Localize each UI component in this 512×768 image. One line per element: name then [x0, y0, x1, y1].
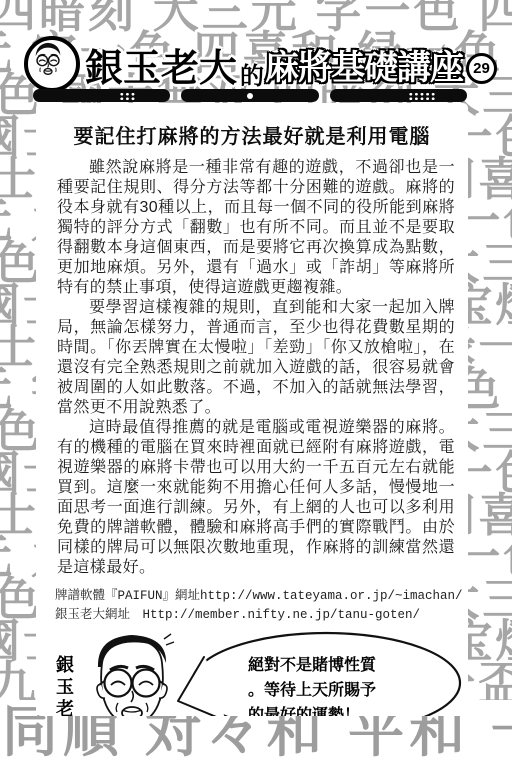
speech-line: 。等待上天所賜予 — [248, 678, 404, 703]
paifun-url-line: 牌譜軟體『PAIFUN』網址http://www.tateyama.or.jp/… — [55, 587, 464, 606]
divider-bar — [33, 89, 170, 102]
episode-number-badge: 29 — [466, 53, 497, 84]
series-subtitle: 麻將基礎講座 — [265, 40, 463, 89]
divider-bar — [330, 89, 467, 102]
paragraph: 這時最值得推薦的就是電腦或電視遊樂器的麻將。有的機種的電腦在買來時裡面就已經附有… — [57, 418, 455, 578]
speech-line: 絕對不是賭博性質 — [248, 653, 404, 678]
divider-bar — [181, 89, 318, 102]
paragraph: 要學習這樣複雜的規則，直到能和大家一起加入牌局，無論怎樣努力，普通而言，至少也得… — [57, 298, 455, 418]
paragraph: 雖然說麻將是一種非常有趣的遊戲，不過卻也是一種要記住規則、得分方法等都十分困難的… — [57, 158, 455, 298]
mascot-face-icon — [24, 36, 80, 92]
article-heading: 要記住打麻將的方法最好就是利用電腦 — [44, 120, 460, 149]
series-title: 銀玉老大 — [85, 37, 237, 92]
article-body: 雖然說麻將是一種非常有趣的遊戲，不過卻也是一種要記住規則、得分方法等都十分困難的… — [57, 158, 455, 578]
divider-bars — [33, 89, 467, 102]
speech-bubble: 絕對不是賭博性質 。等待上天所賜予 的最好的運勢！ — [174, 629, 468, 716]
dots-5x2-icon — [408, 92, 437, 101]
character-portrait — [78, 629, 186, 716]
series-particle: 的 — [240, 56, 264, 91]
series-banner: 銀玉老大 的 麻將基礎講座 29 — [24, 34, 497, 94]
reference-urls: 牌譜軟體『PAIFUN』網址http://www.tateyama.or.jp/… — [55, 587, 464, 625]
author-url-line: 銀玉老大網址 Http://member.nifty.ne.jp/tanu-go… — [55, 606, 464, 625]
footer-cartoon-area: 銀玉老大 — [36, 629, 468, 716]
character-name-label: 銀玉老大 — [51, 655, 77, 716]
dot-icon — [247, 93, 253, 99]
article-panel: 要記住打麻將的方法最好就是利用電腦 雖然說麻將是一種非常有趣的遊戲，不過卻也是一… — [36, 103, 468, 716]
speech-bubble-text: 絕對不是賭博性質 。等待上天所賜予 的最好的運勢！ — [248, 653, 404, 716]
dots-3x2-icon — [119, 92, 136, 101]
speech-line: 的最好的運勢！ — [248, 703, 404, 716]
